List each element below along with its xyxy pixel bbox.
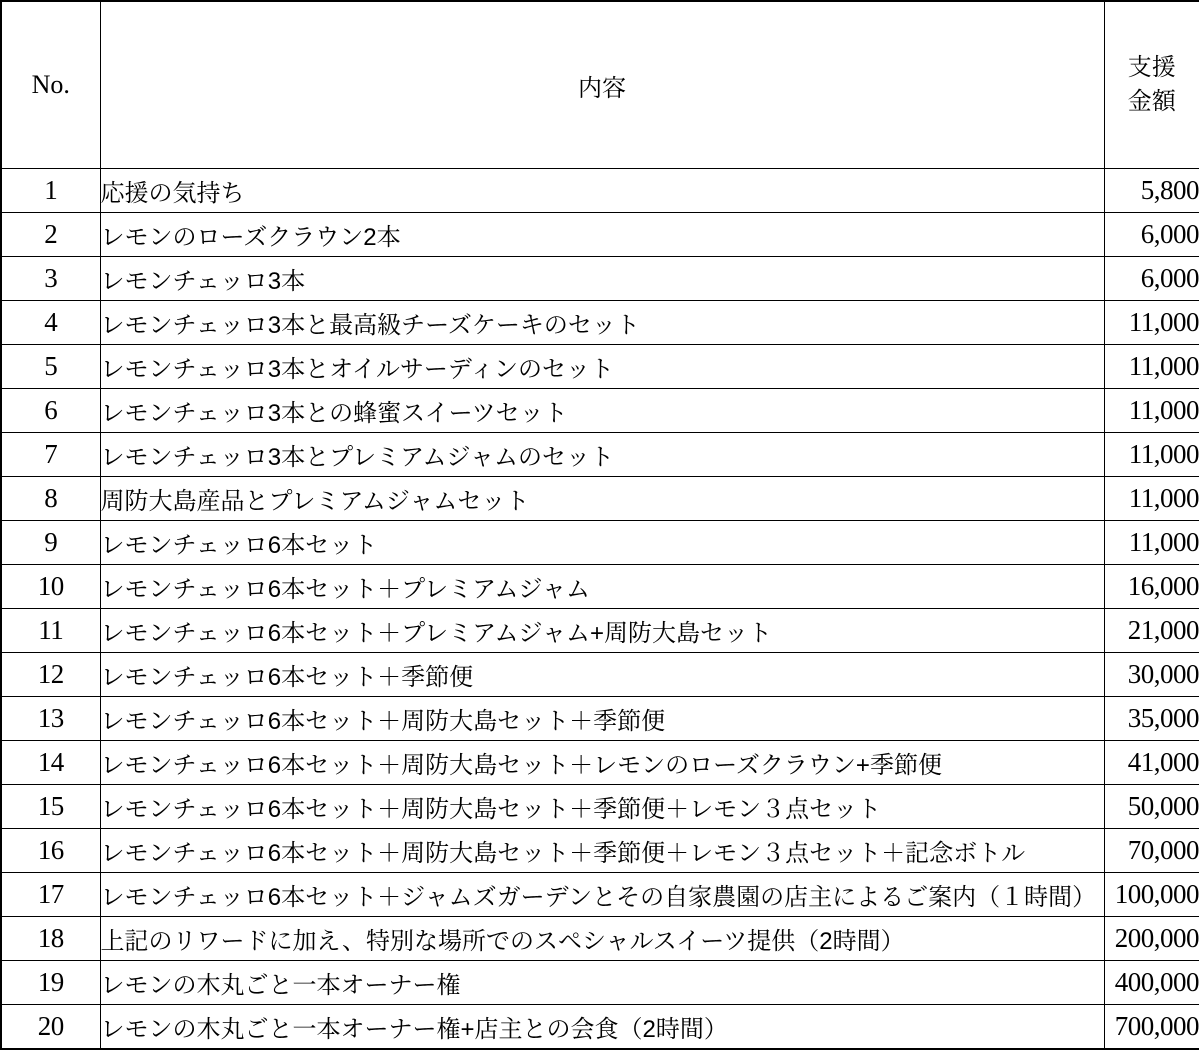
table-row: 8 周防大島産品とプレミアムジャムセット 11,000: [1, 477, 1199, 521]
row-number-cell: 15: [1, 785, 100, 829]
row-amount-cell: 16,000: [1104, 565, 1199, 609]
row-number-cell: 14: [1, 741, 100, 785]
row-number-cell: 6: [1, 389, 100, 433]
table-row: 19 レモンの木丸ごと一本オーナー権 400,000: [1, 961, 1199, 1005]
header-row: No. 内容 支援 金額: [1, 1, 1199, 169]
row-amount-cell: 6,000: [1104, 257, 1199, 301]
table-row: 14 レモンチェッロ6本セット＋周防大島セット＋レモンのローズクラウン+季節便 …: [1, 741, 1199, 785]
header-content: 内容: [100, 1, 1104, 169]
table-row: 20 レモンの木丸ごと一本オーナー権+店主との会食（2時間） 700,000: [1, 1005, 1199, 1049]
support-rewards-table: No. 内容 支援 金額 1 応援の気持ち 5,800 2 レモンのローズクラウ…: [0, 0, 1199, 1050]
row-number-cell: 4: [1, 301, 100, 345]
row-number-cell: 20: [1, 1005, 100, 1049]
row-amount-cell: 11,000: [1104, 301, 1199, 345]
row-number-cell: 16: [1, 829, 100, 873]
row-amount-cell: 70,000: [1104, 829, 1199, 873]
row-amount-cell: 700,000: [1104, 1005, 1199, 1049]
row-content-cell: レモンチェッロ3本とオイルサーディンのセット: [100, 345, 1104, 389]
header-support-amount-line2: 金額: [1105, 85, 1199, 119]
row-content-cell: 上記のリワードに加え、特別な場所でのスペシャルスイーツ提供（2時間）: [100, 917, 1104, 961]
table-row: 15 レモンチェッロ6本セット＋周防大島セット＋季節便＋レモン３点セット 50,…: [1, 785, 1199, 829]
row-content-cell: レモンチェッロ3本との蜂蜜スイーツセット: [100, 389, 1104, 433]
header-no: No.: [1, 1, 100, 169]
row-number-cell: 17: [1, 873, 100, 917]
row-number-cell: 13: [1, 697, 100, 741]
row-amount-cell: 11,000: [1104, 521, 1199, 565]
table-row: 9 レモンチェッロ6本セット 11,000: [1, 521, 1199, 565]
row-number-cell: 11: [1, 609, 100, 653]
row-number-cell: 10: [1, 565, 100, 609]
table-row: 2 レモンのローズクラウン2本 6,000: [1, 213, 1199, 257]
table-row: 7 レモンチェッロ3本とプレミアムジャムのセット 11,000: [1, 433, 1199, 477]
table-row: 10 レモンチェッロ6本セット＋プレミアムジャム 16,000: [1, 565, 1199, 609]
row-content-cell: レモンチェッロ6本セット＋周防大島セット＋季節便: [100, 697, 1104, 741]
row-content-cell: レモンチェッロ6本セット＋プレミアムジャム: [100, 565, 1104, 609]
table-row: 6 レモンチェッロ3本との蜂蜜スイーツセット 11,000: [1, 389, 1199, 433]
row-content-cell: レモンチェッロ3本とプレミアムジャムのセット: [100, 433, 1104, 477]
row-content-cell: レモンチェッロ6本セット＋ジャムズガーデンとその自家農園の店主によるご案内（１時…: [100, 873, 1104, 917]
row-number-cell: 2: [1, 213, 100, 257]
row-amount-cell: 11,000: [1104, 433, 1199, 477]
row-amount-cell: 11,000: [1104, 389, 1199, 433]
row-amount-cell: 50,000: [1104, 785, 1199, 829]
row-amount-cell: 11,000: [1104, 345, 1199, 389]
table-row: 5 レモンチェッロ3本とオイルサーディンのセット 11,000: [1, 345, 1199, 389]
row-content-cell: レモンチェッロ3本: [100, 257, 1104, 301]
header-support-amount: 支援 金額: [1104, 1, 1199, 169]
row-content-cell: レモンのローズクラウン2本: [100, 213, 1104, 257]
table-row: 12 レモンチェッロ6本セット＋季節便 30,000: [1, 653, 1199, 697]
row-number-cell: 18: [1, 917, 100, 961]
row-number-cell: 19: [1, 961, 100, 1005]
row-amount-cell: 35,000: [1104, 697, 1199, 741]
row-amount-cell: 100,000: [1104, 873, 1199, 917]
row-amount-cell: 400,000: [1104, 961, 1199, 1005]
table-row: 18 上記のリワードに加え、特別な場所でのスペシャルスイーツ提供（2時間） 20…: [1, 917, 1199, 961]
row-amount-cell: 5,800: [1104, 169, 1199, 213]
row-number-cell: 9: [1, 521, 100, 565]
row-number-cell: 5: [1, 345, 100, 389]
row-content-cell: レモンチェッロ6本セット＋プレミアムジャム+周防大島セット: [100, 609, 1104, 653]
row-content-cell: レモンチェッロ6本セット＋周防大島セット＋季節便＋レモン３点セット: [100, 785, 1104, 829]
table-row: 17 レモンチェッロ6本セット＋ジャムズガーデンとその自家農園の店主によるご案内…: [1, 873, 1199, 917]
row-content-cell: レモンチェッロ3本と最高級チーズケーキのセット: [100, 301, 1104, 345]
row-content-cell: レモンの木丸ごと一本オーナー権+店主との会食（2時間）: [100, 1005, 1104, 1049]
row-content-cell: レモンの木丸ごと一本オーナー権: [100, 961, 1104, 1005]
table-row: 3 レモンチェッロ3本 6,000: [1, 257, 1199, 301]
row-amount-cell: 21,000: [1104, 609, 1199, 653]
table-row: 11 レモンチェッロ6本セット＋プレミアムジャム+周防大島セット 21,000: [1, 609, 1199, 653]
table-row: 1 応援の気持ち 5,800: [1, 169, 1199, 213]
row-content-cell: レモンチェッロ6本セット: [100, 521, 1104, 565]
row-content-cell: レモンチェッロ6本セット＋周防大島セット＋レモンのローズクラウン+季節便: [100, 741, 1104, 785]
row-number-cell: 8: [1, 477, 100, 521]
row-amount-cell: 200,000: [1104, 917, 1199, 961]
row-number-cell: 3: [1, 257, 100, 301]
row-amount-cell: 6,000: [1104, 213, 1199, 257]
row-content-cell: 周防大島産品とプレミアムジャムセット: [100, 477, 1104, 521]
row-amount-cell: 30,000: [1104, 653, 1199, 697]
row-content-cell: レモンチェッロ6本セット＋季節便: [100, 653, 1104, 697]
row-number-cell: 1: [1, 169, 100, 213]
row-amount-cell: 11,000: [1104, 477, 1199, 521]
table-row: 16 レモンチェッロ6本セット＋周防大島セット＋季節便＋レモン３点セット＋記念ボ…: [1, 829, 1199, 873]
header-support-amount-line1: 支援: [1105, 51, 1199, 85]
row-number-cell: 7: [1, 433, 100, 477]
row-number-cell: 12: [1, 653, 100, 697]
table-row: 13 レモンチェッロ6本セット＋周防大島セット＋季節便 35,000: [1, 697, 1199, 741]
row-content-cell: レモンチェッロ6本セット＋周防大島セット＋季節便＋レモン３点セット＋記念ボトル: [100, 829, 1104, 873]
table-row: 4 レモンチェッロ3本と最高級チーズケーキのセット 11,000: [1, 301, 1199, 345]
row-content-cell: 応援の気持ち: [100, 169, 1104, 213]
row-amount-cell: 41,000: [1104, 741, 1199, 785]
